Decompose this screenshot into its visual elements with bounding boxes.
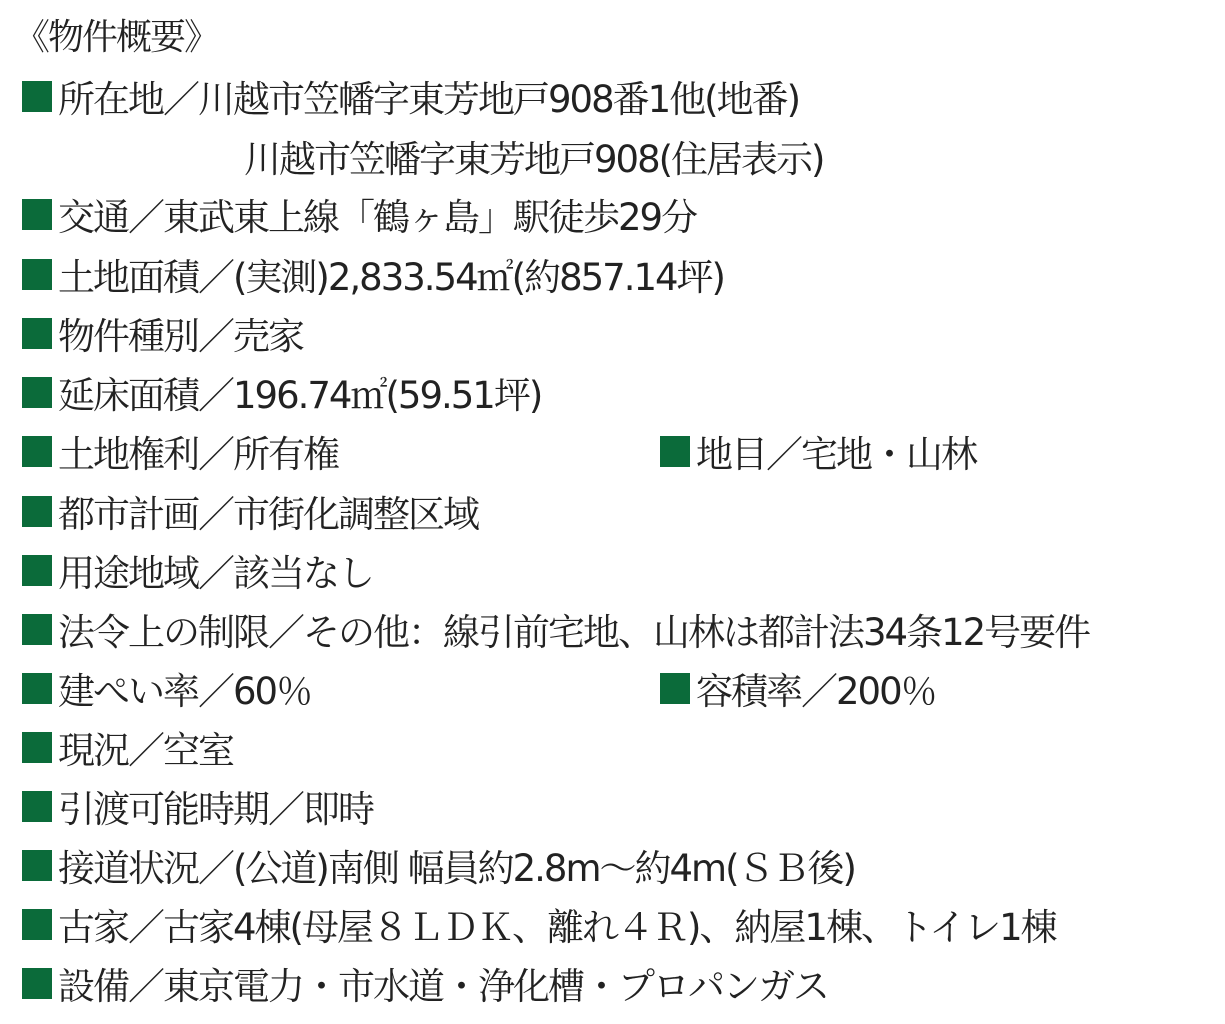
item-current-status: 現況 ／ 空室 (22, 723, 233, 771)
square-bullet-icon (22, 791, 52, 822)
item-floor-area: 延床面積 ／ 196.74㎡(59.51坪) (22, 368, 541, 416)
item-value: 東京電力・市水道・浄化槽・プロパンガス (163, 956, 828, 1010)
item-value: 川越市笠幡字東芳地戸908番1他(地番) (198, 69, 799, 123)
item-label: 土地権利 (58, 424, 198, 478)
square-bullet-icon (22, 259, 52, 290)
item-value: (実測)2,833.54㎡(約857.14坪) (233, 247, 724, 301)
separator: ／ (766, 424, 801, 478)
item-zoning: 用途地域 ／ 該当なし (22, 546, 373, 594)
item-land-rights: 土地権利 ／ 所有権 (22, 427, 338, 475)
item-label: 古家 (58, 897, 128, 951)
item-land-category: 地目 ／ 宅地・山林 (660, 427, 976, 475)
item-label: 交通 (58, 187, 128, 241)
square-bullet-icon (22, 496, 52, 527)
item-label: 物件種別 (58, 306, 198, 360)
separator: ／ (198, 424, 233, 478)
square-bullet-icon (22, 673, 52, 704)
item-value: 古家4棟(母屋８ＬＤＫ、離れ４Ｒ)、納屋1棟、トイレ1棟 (163, 897, 1056, 951)
item-value: 196.74㎡(59.51坪) (233, 365, 541, 419)
square-bullet-icon (22, 318, 52, 349)
separator: ／ (163, 69, 198, 123)
item-transport: 交通 ／ 東武東上線「鶴ヶ島」駅徒歩29分 (22, 190, 696, 238)
item-property-type: 物件種別 ／ 売家 (22, 309, 303, 357)
item-value: 60％ (233, 661, 311, 715)
item-label: 所在地 (58, 69, 163, 123)
item-label: 設備 (58, 956, 128, 1010)
item-city-planning: 都市計画 ／ 市街化調整区域 (22, 487, 478, 535)
square-bullet-icon (660, 436, 690, 467)
separator: ／ (801, 661, 836, 715)
separator: ／ (198, 247, 233, 301)
item-delivery-date: 引渡可能時期 ／ 即時 (22, 782, 373, 830)
separator: ／ (198, 365, 233, 419)
square-bullet-icon (660, 673, 690, 704)
item-value: 東武東上線「鶴ヶ島」駅徒歩29分 (163, 187, 696, 241)
item-label: 接道状況 (58, 838, 198, 892)
item-value: 売家 (233, 306, 303, 360)
square-bullet-icon (22, 909, 52, 940)
item-label: 引渡可能時期 (58, 779, 268, 833)
item-value: その他：線引前宅地、山林は都計法34条12号要件 (303, 602, 1089, 656)
item-label: 建ぺい率 (58, 661, 198, 715)
separator: ／ (268, 602, 303, 656)
square-bullet-icon (22, 850, 52, 881)
square-bullet-icon (22, 614, 52, 645)
square-bullet-icon (22, 377, 52, 408)
item-label: 土地面積 (58, 247, 198, 301)
separator: ／ (128, 897, 163, 951)
separator: ／ (198, 306, 233, 360)
square-bullet-icon (22, 968, 52, 999)
square-bullet-icon (22, 555, 52, 586)
separator: ／ (198, 543, 233, 597)
item-label: 容積率 (696, 661, 801, 715)
item-label: 法令上の制限 (58, 602, 268, 656)
item-value: 該当なし (233, 543, 373, 597)
separator: ／ (268, 779, 303, 833)
separator: ／ (198, 838, 233, 892)
item-label: 用途地域 (58, 543, 198, 597)
item-floor-area-ratio: 容積率 ／ 200％ (660, 664, 936, 712)
item-value: (公道)南側 幅員約2.8m～約4m(ＳＢ後) (233, 838, 855, 892)
separator: ／ (198, 484, 233, 538)
item-building-coverage: 建ぺい率 ／ 60％ (22, 664, 311, 712)
item-value: 所有権 (233, 424, 338, 478)
item-old-houses: 古家 ／ 古家4棟(母屋８ＬＤＫ、離れ４Ｒ)、納屋1棟、トイレ1棟 (22, 900, 1056, 948)
item-value: 宅地・山林 (801, 424, 976, 478)
item-road-access: 接道状況 ／ (公道)南側 幅員約2.8m～約4m(ＳＢ後) (22, 841, 855, 889)
item-value: 市街化調整区域 (233, 484, 478, 538)
separator: ／ (128, 187, 163, 241)
square-bullet-icon (22, 199, 52, 230)
item-land-area: 土地面積 ／ (実測)2,833.54㎡(約857.14坪) (22, 250, 724, 298)
separator: ／ (198, 661, 233, 715)
property-overview-title: 《物件概要》 (14, 14, 218, 62)
square-bullet-icon (22, 436, 52, 467)
square-bullet-icon (22, 81, 52, 112)
item-value: 川越市笠幡字東芳地戸908(住居表示) (244, 129, 824, 183)
item-value: 空室 (163, 720, 233, 774)
item-label: 延床面積 (58, 365, 198, 419)
square-bullet-icon (22, 732, 52, 763)
item-value: 即時 (303, 779, 373, 833)
separator: ／ (128, 956, 163, 1010)
item-label: 都市計画 (58, 484, 198, 538)
item-facilities: 設備 ／ 東京電力・市水道・浄化槽・プロパンガス (22, 959, 828, 1007)
item-location: 所在地 ／ 川越市笠幡字東芳地戸908番1他(地番) (22, 72, 799, 120)
item-location-continuation: 川越市笠幡字東芳地戸908(住居表示) (244, 132, 824, 180)
separator: ／ (128, 720, 163, 774)
item-legal-restrictions: 法令上の制限 ／ その他：線引前宅地、山林は都計法34条12号要件 (22, 605, 1089, 653)
item-value: 200％ (836, 661, 936, 715)
item-label: 現況 (58, 720, 128, 774)
item-label: 地目 (696, 424, 766, 478)
